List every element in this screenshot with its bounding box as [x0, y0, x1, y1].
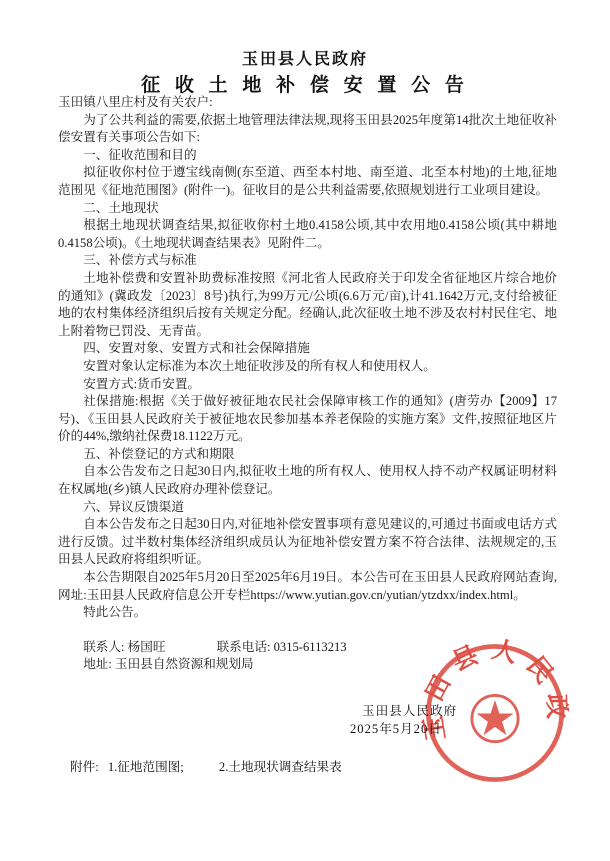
- contact-phone-label: 联系电话:: [217, 640, 271, 654]
- attachments-line: 附件: 1.征地范围图; 2.土地现状调查结果表: [70, 756, 348, 775]
- section-heading-1: 一、征收范围和目的: [58, 147, 557, 165]
- attachment-item-1: 1.征地范围图;: [108, 760, 184, 774]
- salutation: 玉田镇八里庄村及有关农户:: [58, 94, 557, 112]
- address-value: 玉田县自然资源和规划局: [115, 657, 254, 671]
- section-heading-3: 三、补偿方式与标准: [58, 252, 557, 270]
- paragraph: 社保措施:根据《关于做好被征地农民社会保障审核工作的通知》(唐劳办【2009】1…: [58, 393, 557, 446]
- signature-date: 2025年5月20日: [350, 718, 442, 737]
- seal-ring-text: 玉田县人民政府: [421, 639, 569, 743]
- address-label: 地址:: [83, 657, 112, 671]
- paragraph: 自本公告发布之日起30日内,拟征收土地的所有权人、使用权人持不动产权属证明材料在…: [58, 463, 557, 498]
- paragraph: 为了公共利益的需要,依据土地管理法律法规,现将玉田县2025年度第14批次土地征…: [58, 112, 557, 147]
- paragraph: 安置对象认定标准为本次土地征收涉及的所有权人和使用权人。: [58, 358, 557, 376]
- document-body: 玉田镇八里庄村及有关农户: 为了公共利益的需要,依据土地管理法律法规,现将玉田县…: [58, 94, 557, 674]
- national-emblem-icon: [472, 695, 518, 741]
- attachments-label: 附件:: [70, 760, 99, 774]
- org-title: 玉田县人民政府: [0, 46, 610, 69]
- closing-line: 特此公告。: [58, 604, 557, 622]
- paragraph: 拟征收你村位于遵宝线南侧(东至道、西至本村地、南至道、北至本村地)的土地,征地范…: [58, 164, 557, 199]
- contact-person: 杨国旺: [128, 640, 166, 654]
- contact-phone: 0315-6113213: [274, 640, 347, 654]
- section-heading-2: 二、土地现状: [58, 200, 557, 218]
- paragraph: 土地补偿费和安置补助费标准按照《河北省人民政府关于印发全省征地区片综合地价的通知…: [58, 270, 557, 340]
- section-heading-5: 五、补偿登记的方式和期限: [58, 446, 557, 464]
- attachment-item-2: 2.土地现状调查结果表: [219, 760, 342, 774]
- svg-text:玉田县人民政府: 玉田县人民政府: [421, 639, 569, 743]
- contact-person-label: 联系人:: [83, 640, 124, 654]
- paragraph: 安置方式:货币安置。: [58, 376, 557, 394]
- paragraph: 本公告期限自2025年5月20日至2025年6月19日。本公告可在玉田县人民政府…: [58, 569, 557, 604]
- document-title: 征 收 土 地 补 偿 安 置 公 告: [0, 70, 610, 97]
- paragraph: 根据土地现状调查结果,拟征收你村土地0.4158公顷,其中农用地0.4158公顷…: [58, 217, 557, 252]
- announcement-document: 玉田县人民政府 征 收 土 地 补 偿 安 置 公 告 玉田镇八里庄村及有关农户…: [0, 0, 610, 861]
- section-heading-6: 六、异议反馈渠道: [58, 499, 557, 517]
- section-heading-4: 四、安置对象、安置方式和社会保障措施: [58, 340, 557, 358]
- signature-issuer: 玉田县人民政府: [362, 700, 457, 719]
- paragraph: 自本公告发布之日起30日内,对征地补偿安置事项有意见建议的,可通过书面或电话方式…: [58, 516, 557, 569]
